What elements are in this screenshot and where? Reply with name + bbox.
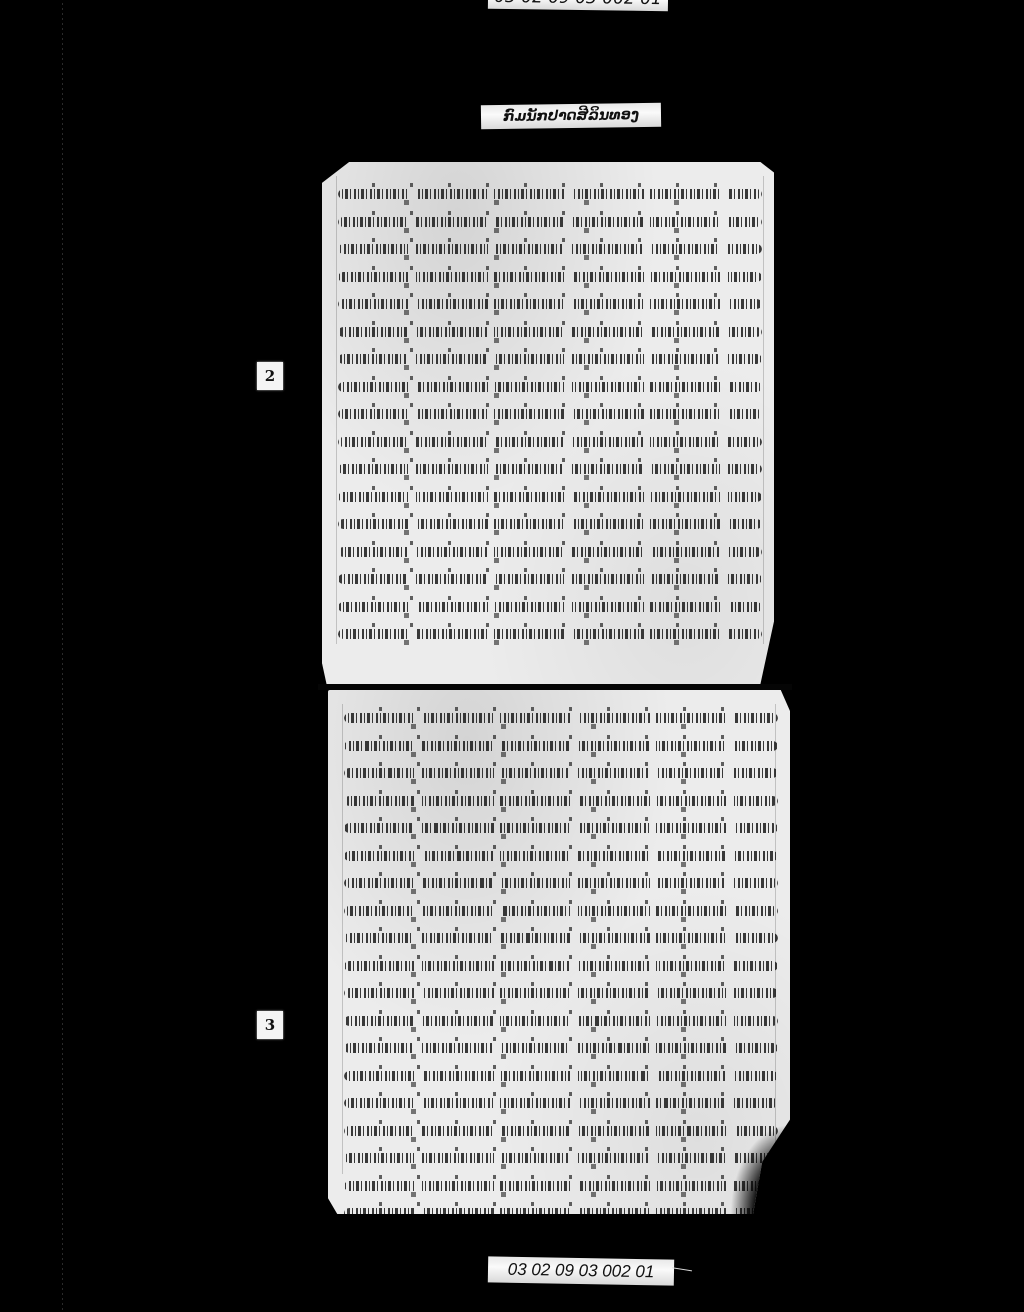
handwritten-ink-stroke [359,640,698,645]
manuscript-line [344,1007,778,1035]
manuscript-line [344,1089,778,1117]
handwritten-ink-stroke [338,437,762,447]
manuscript-line [344,1062,778,1090]
handwritten-ink-stroke [338,574,762,584]
handwritten-ink-stroke [344,906,778,916]
handwritten-ink-stroke [366,807,713,812]
manuscript-line [338,428,762,456]
handwritten-ink-stroke [379,707,735,711]
handwritten-ink-stroke [366,1082,713,1087]
frame-number-3: 3 [257,1011,283,1039]
handwritten-ink-stroke [338,272,762,282]
handwritten-ink-stroke [359,365,698,370]
handwritten-ink-stroke [344,796,778,806]
manuscript-line [338,565,762,593]
handwritten-ink-stroke [338,602,762,612]
handwritten-ink-stroke [338,354,762,364]
handwritten-ink-stroke [338,492,762,502]
handwritten-ink-stroke [372,321,720,325]
manuscript-line [338,235,762,263]
margin-rule-left [342,704,343,1174]
handwritten-ink-stroke [372,183,720,187]
manuscript-line [338,510,762,538]
handwritten-ink-stroke [366,1137,713,1142]
handwritten-ink-stroke [359,530,698,535]
handwritten-ink-stroke [379,845,735,849]
handwritten-ink-stroke [359,558,698,563]
manuscript-page-lower [328,690,790,1214]
manuscript-line [338,373,762,401]
handwritten-ink-stroke [366,779,713,784]
manuscript-line [338,318,762,346]
manuscript-line [344,704,778,732]
manuscript-line [344,924,778,952]
handwritten-ink-stroke [359,393,698,398]
manuscript-line [344,1034,778,1062]
handwritten-ink-stroke [366,834,713,839]
manuscript-line [344,732,778,760]
bottom-archive-id-text: 03 02 09 03 002 01 [508,1260,655,1283]
top-archive-id-label: 03 02 09 03 002 01 [488,0,668,11]
collection-title-label: ກົມນັກປາດສີລິນທອງ [481,103,661,130]
handwritten-ink-stroke [344,1071,778,1081]
handwritten-ink-stroke [366,889,713,894]
handwritten-ink-stroke [379,762,735,766]
handwritten-ink-stroke [379,1037,735,1041]
manuscript-line [338,180,762,208]
manuscript-line [344,1199,778,1227]
manuscript-line [338,538,762,566]
manuscript-line [344,1117,778,1145]
handwritten-ink-stroke [359,585,698,590]
handwritten-ink-stroke [372,596,720,600]
handwritten-ink-stroke [338,189,762,199]
manuscript-line [344,979,778,1007]
manuscript-line [344,952,778,980]
handwritten-ink-stroke [366,862,713,867]
handwritten-ink-stroke [366,917,713,922]
handwritten-ink-stroke [338,217,762,227]
handwritten-ink-stroke [359,613,698,618]
handwritten-ink-stroke [338,547,762,557]
manuscript-line [344,814,778,842]
handwritten-ink-stroke [366,999,713,1004]
frame-number-2: 2 [257,362,283,390]
handwritten-ink-stroke [344,768,778,778]
manuscript-line [338,208,762,236]
handwritten-ink-stroke [359,338,698,343]
handwritten-ink-stroke [344,988,778,998]
handwritten-ink-stroke [379,872,735,876]
manuscript-line [344,1144,778,1172]
manuscript-line [338,593,762,621]
handwritten-ink-stroke [379,1092,735,1096]
handwritten-ink-stroke [372,266,720,270]
manuscript-line [344,897,778,925]
handwritten-ink-stroke [338,409,762,419]
handwritten-ink-stroke [372,458,720,462]
handwritten-ink-stroke [359,420,698,425]
handwritten-ink-stroke [366,1192,713,1197]
manuscript-line [338,400,762,428]
handwritten-ink-stroke [372,403,720,407]
handwritten-ink-stroke [344,1208,778,1218]
manuscript-line [344,842,778,870]
handwritten-ink-stroke [338,244,762,254]
handwritten-ink-stroke [359,475,698,480]
handwritten-ink-stroke [372,348,720,352]
bottom-archive-id-label: 03 02 09 03 002 01 [488,1256,674,1285]
handwritten-ink-stroke [344,851,778,861]
handwritten-ink-stroke [372,541,720,545]
handwritten-ink-stroke [359,503,698,508]
handwritten-ink-stroke [366,752,713,757]
handwritten-ink-stroke [359,283,698,288]
handwritten-ink-stroke [344,933,778,943]
manuscript-line [338,345,762,373]
handwritten-ink-stroke [344,823,778,833]
handwritten-ink-stroke [379,982,735,986]
handwritten-ink-stroke [344,741,778,751]
handwritten-ink-stroke [366,1054,713,1059]
handwritten-ink-stroke [338,519,762,529]
handwritten-ink-stroke [372,623,720,627]
manuscript-line [338,483,762,511]
handwritten-ink-stroke [379,817,735,821]
handwritten-ink-stroke [338,464,762,474]
manuscript-page-upper [322,162,774,684]
handwritten-ink-stroke [344,878,778,888]
handwritten-ink-stroke [366,1164,713,1169]
handwritten-ink-stroke [344,1016,778,1026]
handwritten-ink-stroke [344,1098,778,1108]
handwritten-ink-stroke [344,1153,778,1163]
handwritten-ink-stroke [338,327,762,337]
handwritten-ink-stroke [372,513,720,517]
handwritten-ink-stroke [359,228,698,233]
margin-rule-left [336,176,337,644]
manuscript-line [344,1172,778,1200]
handwritten-ink-stroke [379,955,735,959]
handwritten-ink-stroke [366,1027,713,1032]
manuscript-line [338,290,762,318]
handwritten-ink-stroke [372,568,720,572]
handwritten-ink-stroke [379,735,735,739]
handwritten-ink-stroke [344,1126,778,1136]
handwritten-ink-stroke [344,1181,778,1191]
manuscript-lines-lower [344,704,778,1227]
handwritten-ink-stroke [359,310,698,315]
handwritten-ink-stroke [366,972,713,977]
handwritten-ink-stroke [359,200,698,205]
handwritten-ink-stroke [379,1065,735,1069]
top-archive-id-text: 03 02 09 03 002 01 [494,0,662,9]
page-fold-divider [318,684,792,690]
handwritten-ink-stroke [379,1202,735,1206]
handwritten-ink-stroke [359,255,698,260]
handwritten-ink-stroke [379,1147,735,1151]
handwritten-ink-stroke [372,211,720,215]
handwritten-ink-stroke [372,238,720,242]
handwritten-ink-stroke [366,1219,713,1224]
manuscript-line [338,263,762,291]
handwritten-ink-stroke [338,629,762,639]
handwritten-ink-stroke [366,1109,713,1114]
margin-rule-right [763,176,764,644]
handwritten-ink-stroke [379,927,735,931]
handwritten-ink-stroke [366,724,713,729]
handwritten-ink-stroke [379,900,735,904]
handwritten-ink-stroke [359,448,698,453]
manuscript-line [338,455,762,483]
handwritten-ink-stroke [372,431,720,435]
handwritten-ink-stroke [372,376,720,380]
manuscript-lines-upper [338,180,762,648]
handwritten-ink-stroke [379,790,735,794]
handwritten-ink-stroke [372,293,720,297]
handwritten-ink-stroke [344,961,778,971]
manuscript-line [344,759,778,787]
handwritten-ink-stroke [366,944,713,949]
handwritten-ink-stroke [379,1175,735,1179]
handwritten-ink-stroke [338,299,762,309]
handwritten-ink-stroke [379,1120,735,1124]
handwritten-ink-stroke [379,1010,735,1014]
handwritten-ink-stroke [372,486,720,490]
handwritten-ink-stroke [344,713,778,723]
collection-title-text: ກົມນັກປາດສີລິນທອງ [503,107,639,125]
film-sprocket-edge [62,0,63,1312]
handwritten-ink-stroke [344,1043,778,1053]
manuscript-line [338,620,762,648]
manuscript-line [344,869,778,897]
handwritten-ink-stroke [338,382,762,392]
manuscript-line [344,787,778,815]
